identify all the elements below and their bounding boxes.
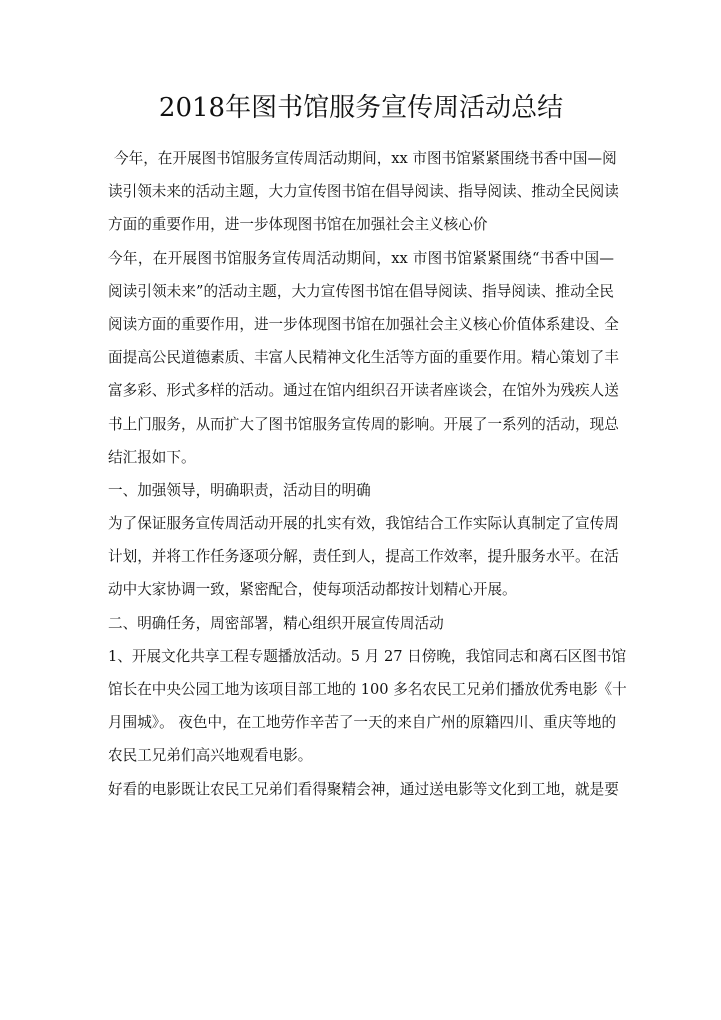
paragraph-line: 阅读引领未来”的活动主题，大力宣传图书馆在倡导阅读、指导阅读、推动全民 xyxy=(108,275,614,308)
paragraph-line: 月围城》。 夜色中，在工地劳作辛苦了一天的来自广州的原籍四川、重庆等地的 xyxy=(108,706,614,739)
paragraph-line: 馆长在中央公园工地为该项目部工地的 100 多名农民工兄弟们播放优秀电影《十 xyxy=(108,673,614,706)
paragraph-line: 今年，在开展图书馆服务宣传周活动期间，xx 市图书馆紧紧围绕“书香中国— xyxy=(108,242,614,275)
paragraph-line: 为了保证服务宣传周活动开展的扎实有效，我馆结合工作实际认真制定了宣传周 xyxy=(108,507,614,540)
document-body: 今年，在开展图书馆服务宣传周活动期间，xx 市图书馆紧紧围绕书香中国—阅 读引领… xyxy=(108,142,614,806)
paragraph-line: 读引领未来的活动主题，大力宣传图书馆在倡导阅读、指导阅读、推动全民阅读 xyxy=(108,175,614,208)
paragraph-line: 今年，在开展图书馆服务宣传周活动期间，xx 市图书馆紧紧围绕书香中国—阅 xyxy=(108,142,614,175)
paragraph-line: 面提高公民道德素质、丰富人民精神文化生活等方面的重要作用。精心策划了丰 xyxy=(108,341,614,374)
paragraph-line: 农民工兄弟们高兴地观看电影。 xyxy=(108,739,614,772)
paragraph-line: 富多彩、形式多样的活动。通过在馆内组织召开读者座谈会，在馆外为残疾人送 xyxy=(108,374,614,407)
paragraph-line: 阅读方面的重要作用，进一步体现图书馆在加强社会主义核心价值体系建设、全 xyxy=(108,308,614,341)
document-title: 2018年图书馆服务宣传周活动总结 xyxy=(88,90,634,126)
section-heading-1: 一、加强领导，明确职责，活动目的明确 xyxy=(108,474,614,507)
paragraph-line: 书上门服务，从而扩大了图书馆服务宣传周的影响。开展了一系列的活动，现总 xyxy=(108,408,614,441)
paragraph-line: 计划，并将工作任务逐项分解，责任到人，提高工作效率，提升服务水平。在活 xyxy=(108,540,614,573)
paragraph-line: 方面的重要作用，进一步体现图书馆在加强社会主义核心价 xyxy=(108,208,614,241)
paragraph-line: 1、开展文化共享工程专题播放活动。5 月 27 日傍晚，我馆同志和离石区图书馆 xyxy=(108,640,614,673)
section-heading-2: 二、明确任务，周密部署，精心组织开展宣传周活动 xyxy=(108,607,614,640)
paragraph-line: 动中大家协调一致，紧密配合，使每项活动都按计划精心开展。 xyxy=(108,573,614,606)
paragraph-line: 好看的电影既让农民工兄弟们看得聚精会神，通过送电影等文化到工地，就是要 xyxy=(108,773,614,806)
paragraph-line: 结汇报如下。 xyxy=(108,441,614,474)
